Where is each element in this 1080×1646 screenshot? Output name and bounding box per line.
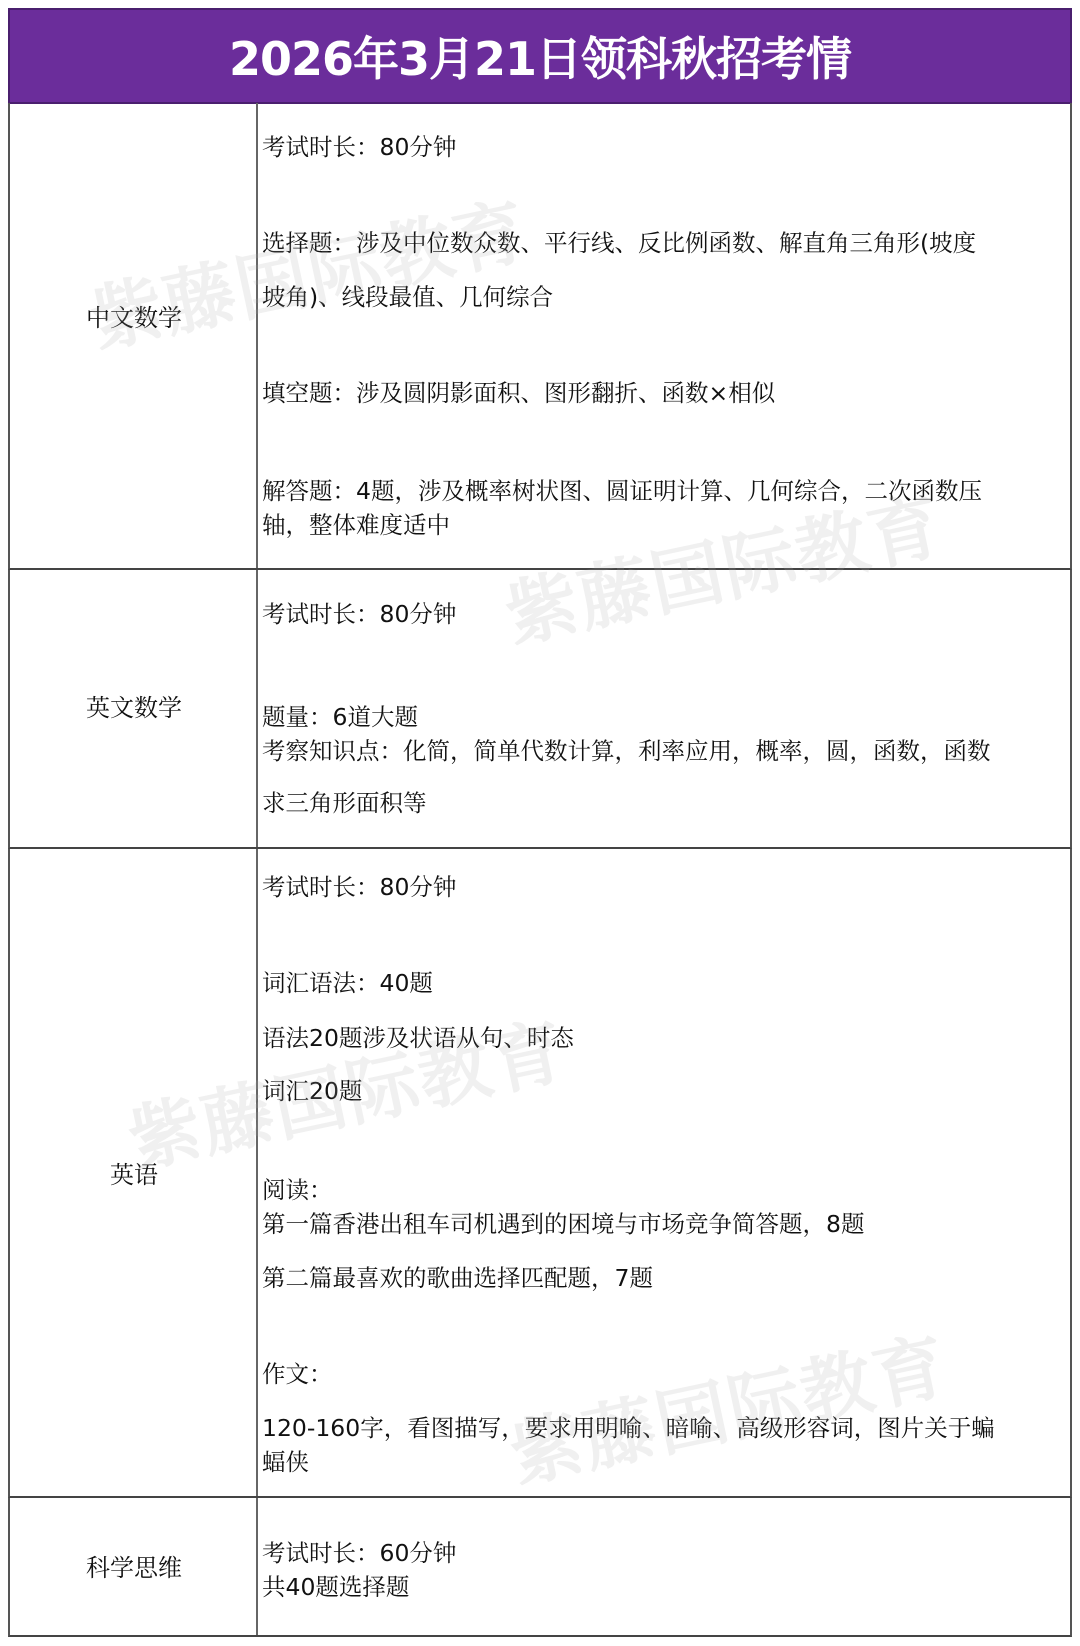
detail-line: 题量：6道大题	[262, 702, 418, 732]
page-title: 2026年3月21日领科秋招考情	[229, 23, 851, 89]
detail-line: 蝠侠	[262, 1447, 309, 1477]
detail-line: 考试时长：80分钟	[262, 599, 456, 629]
details-cell: 考试时长：80分钟 选择题：涉及中位数众数、平行线、反比例函数、解直角三角形(坡…	[258, 103, 1070, 568]
details-cell: 考试时长：80分钟 题量：6道大题 考察知识点：化简，简单代数计算，利率应用，概…	[258, 570, 1070, 847]
detail-line: 考察知识点：化简，简单代数计算，利率应用，概率，圆，函数，函数	[262, 736, 991, 766]
table-row-science-thinking: 科学思维 考试时长：60分钟 共40题选择题	[8, 1498, 1072, 1637]
subject-label: 英语	[10, 1161, 258, 1189]
detail-line: 考试时长：80分钟	[262, 872, 456, 902]
detail-line: 考试时长：60分钟	[262, 1538, 456, 1568]
table-row-chinese-math: 中文数学 考试时长：80分钟 选择题：涉及中位数众数、平行线、反比例函数、解直角…	[8, 103, 1072, 570]
details-cell: 考试时长：60分钟 共40题选择题	[258, 1498, 1070, 1635]
detail-line: 选择题：涉及中位数众数、平行线、反比例函数、解直角三角形(坡度	[262, 228, 976, 258]
table-row-english: 英语 考试时长：80分钟 词汇语法：40题 语法20题涉及状语从句、时态 词汇2…	[8, 849, 1072, 1498]
detail-line: 求三角形面积等	[262, 788, 427, 818]
subject-label: 中文数学	[10, 304, 258, 332]
detail-line: 填空题：涉及圆阴影面积、图形翻折、函数×相似	[262, 378, 775, 408]
table-header: 2026年3月21日领科秋招考情	[8, 8, 1072, 104]
detail-line: 词汇语法：40题	[262, 968, 433, 998]
detail-line: 第二篇最喜欢的歌曲选择匹配题，7题	[262, 1263, 653, 1293]
exam-info-table: 2026年3月21日领科秋招考情 中文数学 考试时长：80分钟 选择题：涉及中位…	[8, 8, 1072, 1638]
table-row-english-math: 英文数学 考试时长：80分钟 题量：6道大题 考察知识点：化简，简单代数计算，利…	[8, 570, 1072, 849]
detail-line: 120-160字，看图描写，要求用明喻、暗喻、高级形容词，图片关于蝙	[262, 1413, 995, 1443]
subject-label: 科学思维	[10, 1554, 258, 1582]
detail-line: 语法20题涉及状语从句、时态	[262, 1023, 574, 1053]
detail-line: 阅读：	[262, 1175, 333, 1205]
detail-line: 词汇20题	[262, 1076, 362, 1106]
detail-line: 考试时长：80分钟	[262, 132, 456, 162]
details-cell: 考试时长：80分钟 词汇语法：40题 语法20题涉及状语从句、时态 词汇20题 …	[258, 849, 1070, 1496]
detail-line: 共40题选择题	[262, 1572, 409, 1602]
detail-line: 坡角)、线段最值、几何综合	[262, 282, 553, 312]
detail-line: 解答题：4题，涉及概率树状图、圆证明计算、几何综合，二次函数压	[262, 476, 982, 506]
detail-line: 轴，整体难度适中	[262, 510, 450, 540]
subject-cell: 英语	[10, 849, 258, 1496]
subject-cell: 科学思维	[10, 1498, 258, 1635]
subject-cell: 英文数学	[10, 570, 258, 847]
subject-label: 英文数学	[10, 694, 258, 722]
detail-line: 第一篇香港出租车司机遇到的困境与市场竞争简答题，8题	[262, 1209, 864, 1239]
detail-line: 作文：	[262, 1359, 333, 1389]
subject-cell: 中文数学	[10, 103, 258, 568]
